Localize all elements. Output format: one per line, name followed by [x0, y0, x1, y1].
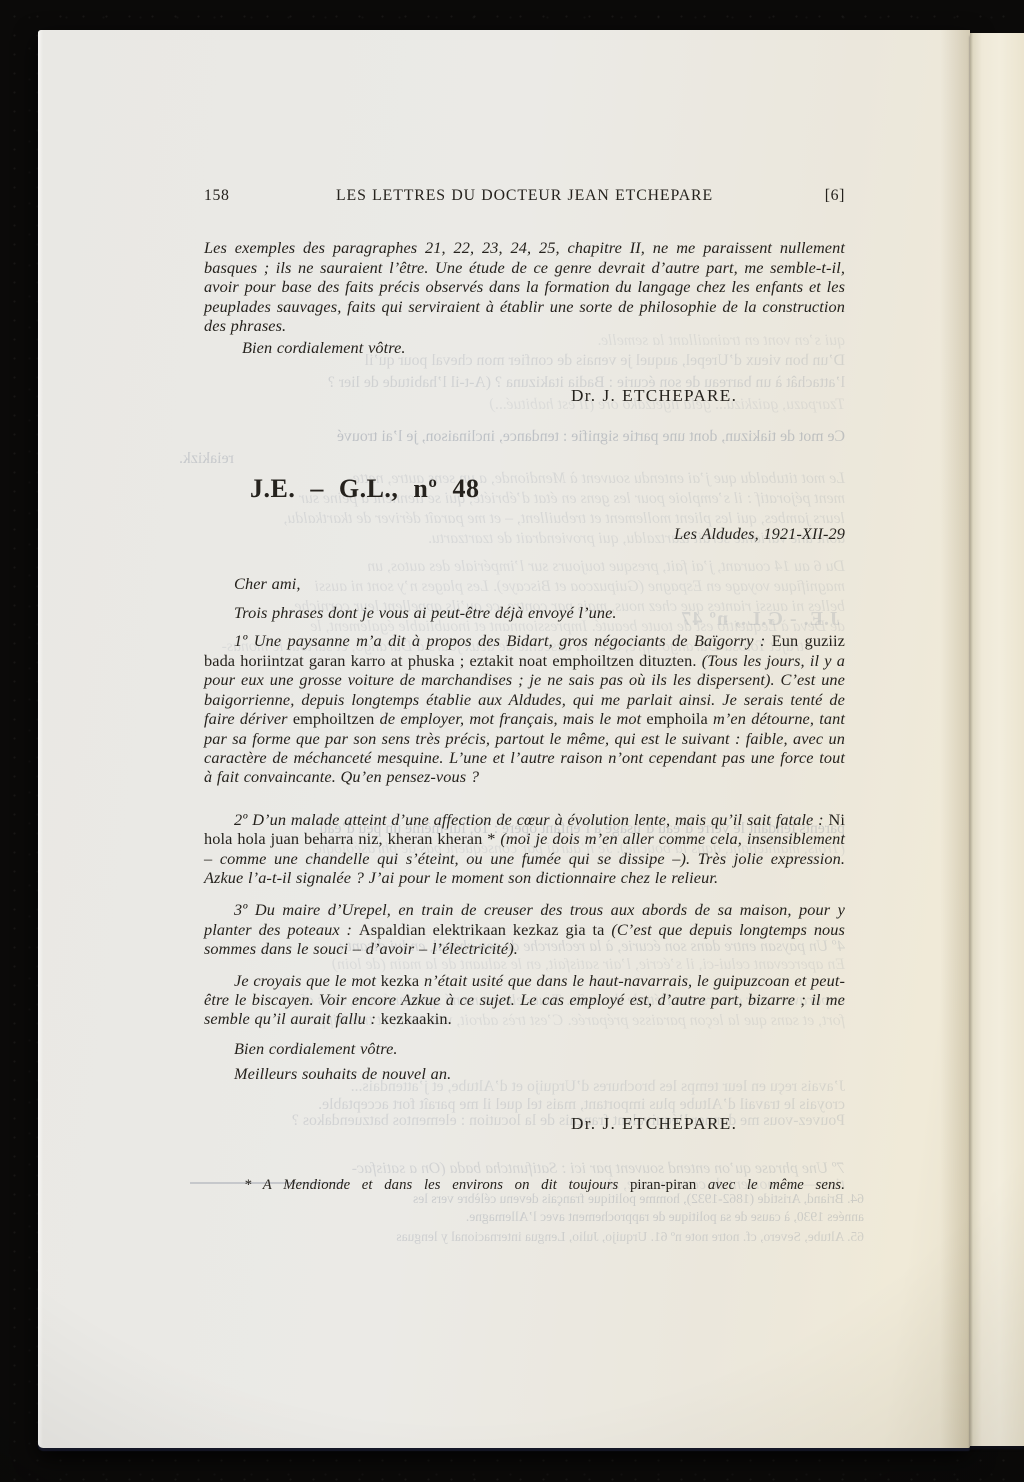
letter-48-paragraph-1: 1º Une paysanne m’a dit à propos des Bid…: [204, 631, 845, 786]
text-segment: de employer, mot français, mais le mot: [374, 709, 646, 728]
book-page: qui s’en vont en trainaillant la semelle…: [38, 30, 970, 1448]
letter-47-signature: Dr. J. ETCHEPARE.: [571, 386, 845, 405]
next-page-edge: [970, 33, 1024, 1446]
running-header: 158 LES LETTRES DU DOCTEUR JEAN ETCHEPAR…: [204, 186, 845, 205]
text-segment: Je croyais que le mot: [234, 971, 381, 990]
letter-48-salutation: Cher ami,: [204, 574, 845, 593]
bracket-folio-number: [6]: [755, 186, 845, 205]
letter-47-closing: Bien cordialement vôtre.: [204, 338, 845, 357]
letter-48-paragraph-2: 2º D’un malade atteint d’une affection d…: [204, 810, 845, 888]
text-segment: avec le même sens.: [696, 1177, 845, 1193]
text-segment: emphoiltzen: [293, 709, 375, 728]
text-segment: kezka: [381, 971, 419, 990]
bleedthrough-line: années 1930, à cause de sa politique de …: [174, 1208, 864, 1226]
text-segment: kezkaakin.: [381, 1009, 452, 1028]
printed-text-column: 158 LES LETTRES DU DOCTEUR JEAN ETCHEPAR…: [204, 186, 845, 1194]
letter-48-closing: Bien cordialement vôtre.: [204, 1039, 845, 1058]
text-segment: Aspaldian elektrikaan kezkaz gia ta: [359, 920, 605, 939]
letter-48-signature: Dr. J. ETCHEPARE.: [571, 1114, 845, 1133]
page-number: 158: [204, 186, 294, 205]
letter-48-dateline: Les Aldudes, 1921-XII-29: [204, 524, 845, 543]
photo-of-book-page: { "colors": {"background":"#0b0a09","pag…: [0, 0, 1024, 1482]
letter-48-new-year-wishes: Meilleurs souhaits de nouvel an.: [204, 1064, 845, 1083]
letter-48-intro: Trois phrases dont je vous ai peut-être …: [204, 603, 845, 622]
text-segment: * A Mendionde et dans les environs on di…: [244, 1177, 630, 1193]
running-title: LES LETTRES DU DOCTEUR JEAN ETCHEPARE: [294, 186, 755, 205]
bleedthrough-line: 65. Altube, Severo, cf. notre note nº 61…: [174, 1228, 864, 1246]
text-segment: emphoila: [646, 709, 707, 728]
text-segment: piran-piran: [630, 1177, 696, 1193]
letter-47-final-paragraph: Les exemples des paragraphes 21, 22, 23,…: [204, 238, 845, 335]
text-segment: 2º D’un malade atteint d’une affection d…: [234, 810, 829, 829]
letter-48-paragraph-3: 3º Du maire d’Urepel, en train de creuse…: [204, 900, 845, 958]
footnote: * A Mendionde et dans les environs on di…: [244, 1176, 845, 1194]
text-segment: 1º Une paysanne m’a dit à propos des Bid…: [234, 631, 772, 650]
letter-48-paragraph-4: Je croyais que le mot kezka n’était usit…: [204, 971, 845, 1029]
letter-48-heading: J.E. – G.L., nº 48: [250, 474, 845, 504]
